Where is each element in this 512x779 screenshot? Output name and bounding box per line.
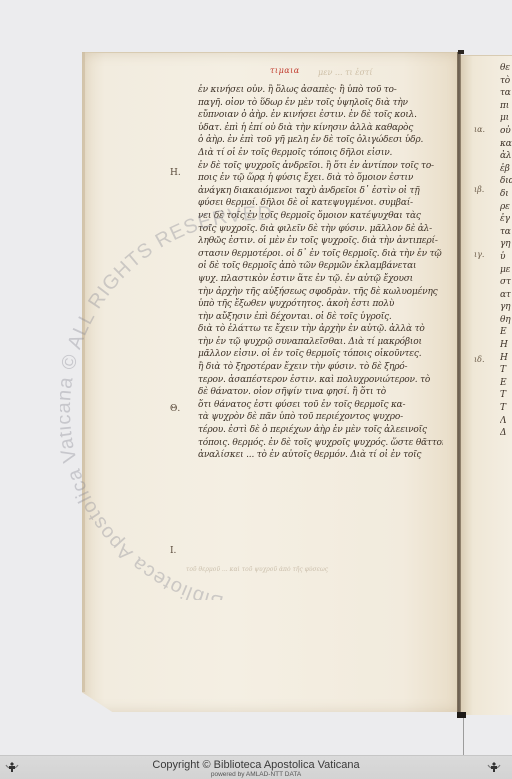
manuscript-line: διὰ τὸ ἐλάττω τε ἔχειν τὴν ἀρχὴν ἐν αὐτῷ… — [198, 323, 443, 336]
manuscript-line: τέρου. ἐστὶ δὲ ὁ περιέχων ἀὴρ ἐν μὲν τοῖ… — [198, 424, 443, 437]
manuscript-line: Τ — [500, 364, 512, 377]
manuscript-line: ἐν κινήσει οὖν. ἢ ὅλως ἀσαπὲς· ἢ ὑπὸ τοῦ… — [198, 84, 443, 97]
gutter-line — [463, 718, 464, 755]
manuscript-line: ἀλ — [500, 150, 512, 163]
copyright-text: Copyright © Biblioteca Apostolica Vatica… — [0, 756, 512, 771]
manuscript-line: ὑ — [500, 251, 512, 264]
manuscript-viewer[interactable]: τιμαια μεν ... τι ἐστί ἐν κινήσει οὖν. ἢ… — [0, 0, 512, 755]
manuscript-line: δὲ θάνατον. οἷον σῆψίν τινα φησί. ἢ ὅτι … — [198, 386, 443, 399]
manuscript-line: ψυχ. πλαστικὸν ἐστιν ἅτε ἐν τῷ. ἐν αὐτῷ … — [198, 273, 443, 286]
manuscript-line: δια — [500, 175, 512, 188]
manuscript-line: ληθῶς ἐστιν. οἱ μὲν ἐν τοῖς ψυχροῖς. διὰ… — [198, 235, 443, 248]
show-through-heading: μεν ... τι ἐστί — [318, 68, 373, 77]
manuscript-line: Τ — [500, 389, 512, 402]
manuscript-line: θε — [500, 62, 512, 75]
manuscript-line: ὑδατ. ἐπὶ ἡ ἐπί οὐ διὰ τὴν κίνησιν ἀλλὰ … — [198, 122, 443, 135]
folio-edge — [82, 52, 85, 692]
manuscript-text-block: ἐν κινήσει οὖν. ἢ ὅλως ἀσαπὲς· ἢ ὑπὸ τοῦ… — [198, 84, 443, 462]
manuscript-line: ἢ διὰ τὸ ξηροτέραν ἔχειν τὴν φύσιν. τὸ δ… — [198, 361, 443, 374]
manuscript-line: τὴν αὔξησιν ἐπὶ δέχονται. οἱ δὲ τοῖς ὑγρ… — [198, 311, 443, 324]
manuscript-line: ἐβ — [500, 163, 512, 176]
manuscript-line: Η — [500, 339, 512, 352]
marginal-numeral: ια. — [474, 125, 485, 134]
manuscript-line: θη — [500, 314, 512, 327]
manuscript-line: τόποις. θερμός. ἐν δὲ τοῖς ψυχροῖς ψυχρό… — [198, 437, 443, 450]
manuscript-line: Ε — [500, 326, 512, 339]
vatican-seal-icon — [485, 759, 503, 777]
manuscript-line: Ε — [500, 377, 512, 390]
manuscript-line: οἱ δὲ τοῖς θερμοῖς ἀπὸ τῶν θερμῶν ἐκλαμβ… — [198, 260, 443, 273]
manuscript-line: Δ — [500, 427, 512, 440]
marginal-numeral: ιβ. — [474, 185, 484, 194]
manuscript-line: κα — [500, 138, 512, 151]
marginal-numeral: Ι. — [170, 546, 176, 556]
manuscript-line: ἐγ — [500, 213, 512, 226]
manuscript-line: γη — [500, 301, 512, 314]
manuscript-line: τὸ — [500, 75, 512, 88]
manuscript-line: ατ — [500, 289, 512, 302]
gutter-bottom-mark — [457, 712, 466, 718]
manuscript-line: Λ — [500, 415, 512, 428]
manuscript-line: νει δὲ τοῖς ἐν τοῖς θερμοῖς ὅμοιον κατέψ… — [198, 210, 443, 223]
manuscript-line: Διὰ τί οἱ ἐν τοῖς θερμοῖς τόποις δῆλοι ε… — [198, 147, 443, 160]
manuscript-line: ἐν δὲ τοῖς ψυχροῖς ἀνδρεῖοι. ἢ ὅτι ἐν ἀν… — [198, 160, 443, 173]
manuscript-line: τὰ ψυχρὸν δὲ πᾶν ὑπὸ τοῦ περιέχοντος ψυχ… — [198, 411, 443, 424]
gutter-top-mark — [458, 50, 464, 54]
manuscript-line: δι — [500, 188, 512, 201]
manuscript-line: τα — [500, 87, 512, 100]
manuscript-line: ὅτι θάνατος ἐστι φύσει τοῦ ἐν τοῖς θερμο… — [198, 399, 443, 412]
footer-bar: Copyright © Biblioteca Apostolica Vatica… — [0, 755, 512, 779]
manuscript-line: εὔπνοιαν ὁ ἀὴρ. ἐν κινήσει ἐστιν. ἐν δὲ … — [198, 109, 443, 122]
manuscript-line: παγῆ. οἷον τὸ ὕδωρ ἐν μὲν τοῖς ὑψηλοῖς δ… — [198, 97, 443, 110]
manuscript-line: γη — [500, 238, 512, 251]
manuscript-line: ποις ἐν τῷ ὥρᾳ ἡ φύσις ἔχει. διὰ τὸ ὅμοι… — [198, 172, 443, 185]
marginal-numeral: ιγ. — [474, 250, 484, 259]
manuscript-line: Η — [500, 352, 512, 365]
rubric-heading: τιμαια — [270, 66, 300, 75]
manuscript-line: ἀναλίσκει ... τὸ ἐν αὐτοῖς θερμόν. Διὰ τ… — [198, 449, 443, 462]
manuscript-line: Τ — [500, 402, 512, 415]
vatican-seal-icon — [3, 759, 21, 777]
manuscript-line: μι — [500, 112, 512, 125]
show-through-line: τοῦ θερμοῦ ... καὶ τοῦ ψυχροῦ ἀπὸ τῆς φύ… — [186, 566, 396, 573]
binding-gutter — [457, 52, 461, 717]
manuscript-line: φύσει θερμοί. δῆλοι δὲ οἱ κατεψυγμένοι. … — [198, 197, 443, 210]
manuscript-line: ἀνάγκη διακαιόμενοι ταχὺ ἀνδρεῖοι δ᾽ ἐστ… — [198, 185, 443, 198]
powered-by-text: powered by AMLAD-NTT DATA — [0, 771, 512, 779]
manuscript-line: μᾶλλον εἰσιν. οἱ ἐν τοῖς θερμοῖς τόποις … — [198, 348, 443, 361]
manuscript-line: με — [500, 264, 512, 277]
marginal-numeral: ιδ. — [474, 355, 485, 364]
manuscript-line: τοῖς ψυχροῖς. διὰ φιλεῖν δὲ τὴν φύσιν. μ… — [198, 223, 443, 236]
manuscript-line: στασιν θερμοτέροι. οἱ δ᾽ ἐν τοῖς θερμοῖς… — [198, 248, 443, 261]
manuscript-line: τὴν ἀρχὴν τῆς αὐξήσεως σφοδρὰν. τῆς δὲ κ… — [198, 286, 443, 299]
manuscript-line: ὁ ἀὴρ. ἐν ἐπὶ τοῦ γῆ μελη ἐν δὲ τοῖς ὀλι… — [198, 134, 443, 147]
manuscript-line: στ — [500, 276, 512, 289]
marginal-numeral: Θ. — [170, 404, 180, 414]
marginal-numeral: Η. — [170, 168, 181, 178]
manuscript-line: οὐ — [500, 125, 512, 138]
manuscript-line: τα — [500, 226, 512, 239]
manuscript-line: πι — [500, 100, 512, 113]
right-folio-text: θετὸταπιμιοὐκαἀλἐβδιαδιρεἐγταγηὑμεστατγη… — [500, 62, 512, 440]
manuscript-line: τερον. ἀσαπέστερον ἐστιν. καὶ πολυχρονιώ… — [198, 374, 443, 387]
manuscript-line: ρε — [500, 201, 512, 214]
manuscript-line: ὑπὸ τῆς ἔξωθεν ψυχρότητος. ἀκοὴ ἐστι πολ… — [198, 298, 443, 311]
manuscript-line: τὴν ἐν τῷ ψυχρῷ συναπαλεῖσθαι. Διὰ τί μα… — [198, 336, 443, 349]
